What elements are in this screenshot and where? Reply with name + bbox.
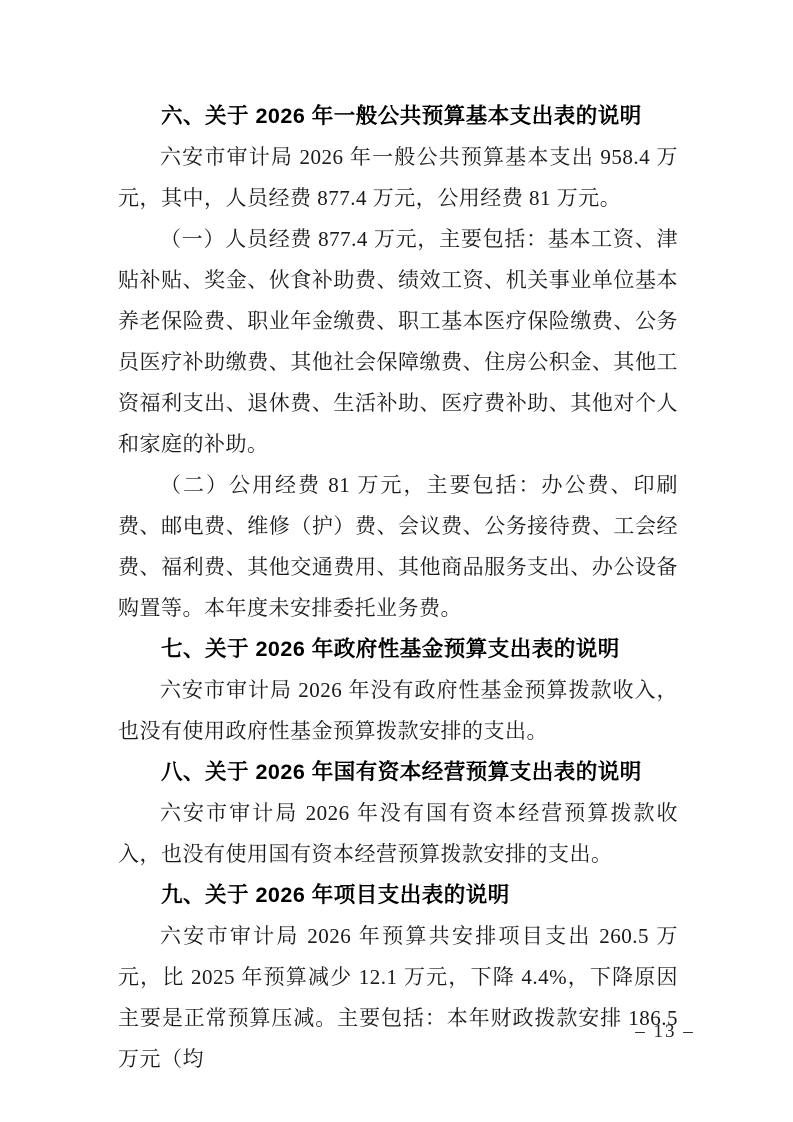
paragraph-public-expenses: （二）公用经费 81 万元，主要包括：办公费、印刷费、邮电费、维修（护）费、会议… — [118, 465, 678, 629]
section-heading-general-public-budget-basic-expenditure: 六、关于 2026 年一般公共预算基本支出表的说明 — [118, 96, 678, 137]
paragraph-personnel-expenses: （一）人员经费 877.4 万元，主要包括：基本工资、津贴补贴、奖金、伙食补助费… — [118, 219, 678, 465]
paragraph-basic-expenditure-summary: 六安市审计局 2026 年一般公共预算基本支出 958.4 万元，其中，人员经费… — [118, 137, 678, 219]
document-content: 六、关于 2026 年一般公共预算基本支出表的说明 六安市审计局 2026 年一… — [118, 96, 678, 1080]
paragraph-project-expenditure: 六安市审计局 2026 年预算共安排项目支出 260.5 万元，比 2025 年… — [118, 916, 678, 1080]
section-heading-government-fund-budget: 七、关于 2026 年政府性基金预算支出表的说明 — [118, 629, 678, 670]
paragraph-state-capital-operation-budget: 六安市审计局 2026 年没有国有资本经营预算拨款收入，也没有使用国有资本经营预… — [118, 793, 678, 875]
page-number: – 13 – — [620, 1018, 710, 1046]
section-heading-project-expenditure: 九、关于 2026 年项目支出表的说明 — [118, 875, 678, 916]
section-heading-state-capital-operation-budget: 八、关于 2026 年国有资本经营预算支出表的说明 — [118, 752, 678, 793]
document-page: 六、关于 2026 年一般公共预算基本支出表的说明 六安市审计局 2026 年一… — [0, 0, 793, 1122]
paragraph-government-fund-budget: 六安市审计局 2026 年没有政府性基金预算拨款收入，也没有使用政府性基金预算拨… — [118, 670, 678, 752]
